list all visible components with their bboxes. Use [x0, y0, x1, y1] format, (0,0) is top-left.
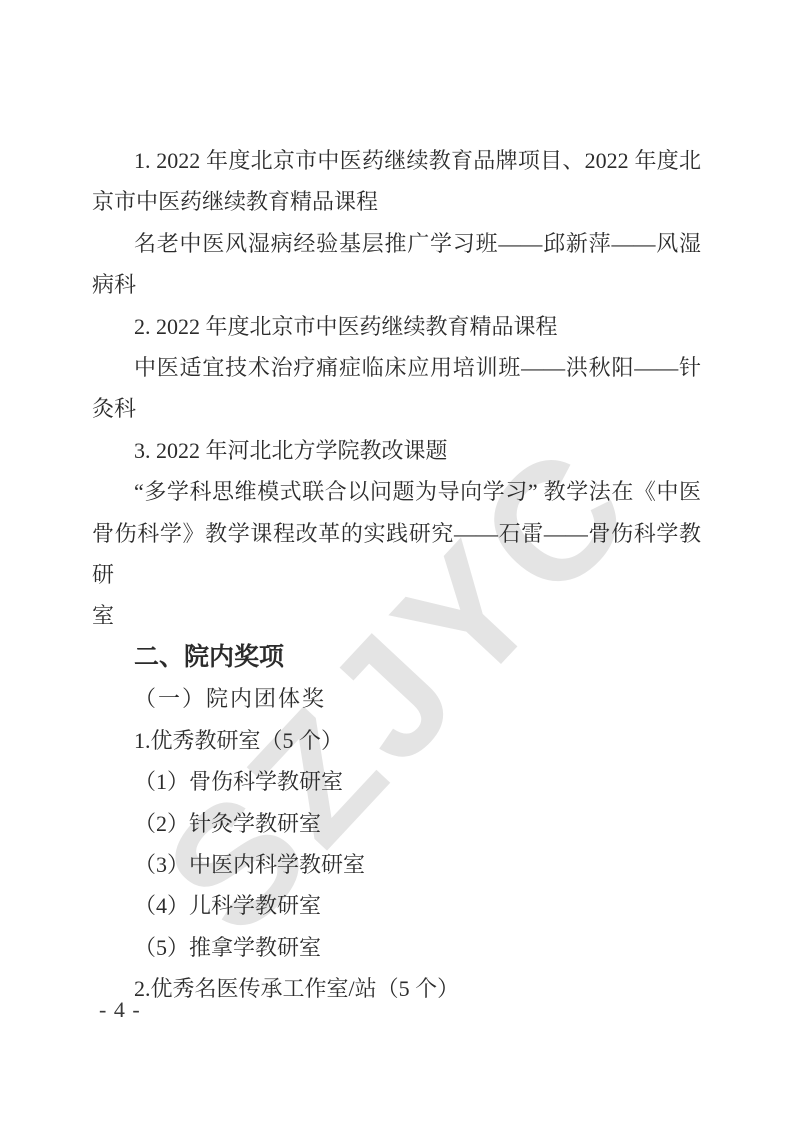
text-line: （一）院内团体奖: [92, 678, 701, 719]
text-line: 二、院内奖项: [92, 637, 701, 678]
document-page: SZJYC 1. 2022 年度北京市中医药继续教育品牌项目、2022 年度北京…: [0, 0, 793, 1121]
text-line: “多学科思维模式联合以问题为导向学习” 教学法在《中医: [92, 471, 701, 512]
text-line: 室: [92, 595, 701, 636]
text-line: （5）推拿学教研室: [92, 927, 701, 968]
document-body: 1. 2022 年度北京市中医药继续教育品牌项目、2022 年度北京市中医药继续…: [92, 140, 701, 1010]
text-line: 2.优秀名医传承工作室/站（5 个）: [92, 968, 701, 1009]
text-line: 1. 2022 年度北京市中医药继续教育品牌项目、2022 年度北: [92, 140, 701, 181]
text-line: （3）中医内科学教研室: [92, 844, 701, 885]
text-line: 灸科: [92, 388, 701, 429]
text-line: （2）针灸学教研室: [92, 803, 701, 844]
text-line: 中医适宜技术治疗痛症临床应用培训班——洪秋阳——针: [92, 347, 701, 388]
text-line: 1.优秀教研室（5 个）: [92, 720, 701, 761]
text-line: 骨伤科学》教学课程改革的实践研究——石雷——骨伤科学教研: [92, 513, 701, 596]
text-line: （4）儿科学教研室: [92, 885, 701, 926]
text-line: 京市中医药继续教育精品课程: [92, 181, 701, 222]
text-line: 名老中医风湿病经验基层推广学习班——邱新萍——风湿: [92, 223, 701, 264]
text-line: 2. 2022 年度北京市中医药继续教育精品课程: [92, 306, 701, 347]
page-number: - 4 -: [99, 996, 141, 1024]
text-line: 3. 2022 年河北北方学院教改课题: [92, 430, 701, 471]
text-line: （1）骨伤科学教研室: [92, 761, 701, 802]
text-line: 病科: [92, 264, 701, 305]
